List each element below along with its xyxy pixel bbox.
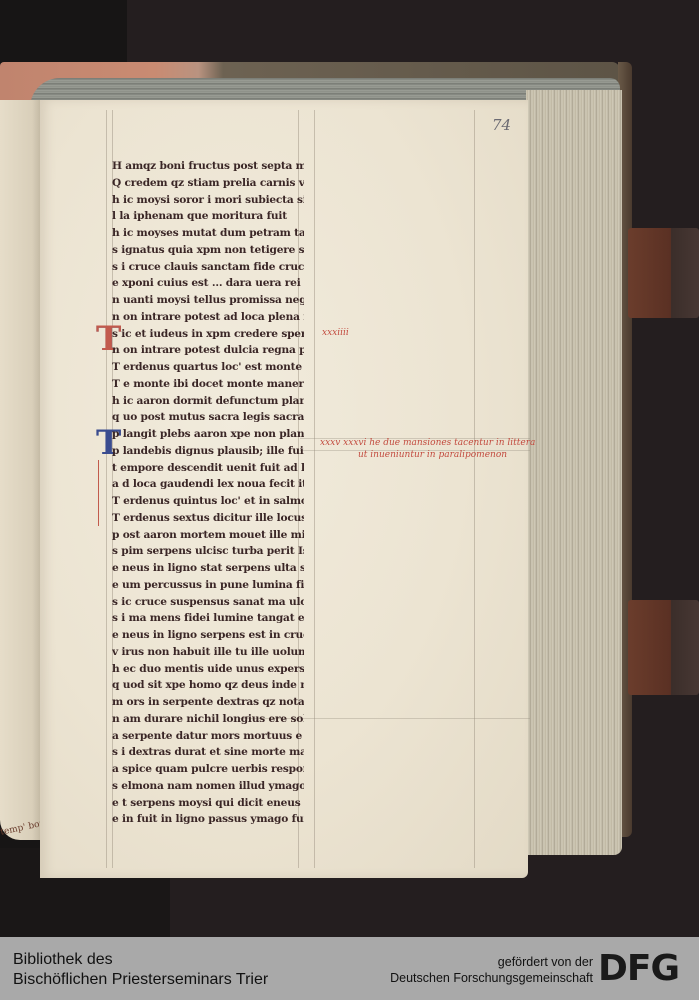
book-clasp-upper [628,228,699,318]
library-name-line-2: Bischöflichen Priesterseminars Trier [13,970,268,990]
text-line: s ic cruce suspensus sanat ma ulcera xpe [112,594,304,611]
text-line: q uod sit xpe homo qz deus inde nota [112,677,304,694]
library-footer-banner: Bibliothek des Bischöflichen Priestersem… [0,937,699,1000]
manuscript-page: 74 T T H amqz boni fructus post septa mi… [40,100,528,878]
text-line: q uo post mutus sacra legis sacra perire… [112,409,304,426]
text-line: n on intrare potest dulcia regna po li [112,342,304,359]
page-stack-fore-edge [526,90,622,855]
text-line: e neus in ligno stat serpens ulta sanat [112,560,304,577]
text-line: p langit plebs aaron xpe non plangit ill… [112,426,304,443]
text-line: T erdenus quartus loc' est monte esse in… [112,359,304,376]
text-line: h ic moysi soror i mori subiecta signat [112,192,304,209]
text-line: H amqz boni fructus post septa mira sequ… [112,158,304,175]
text-line: s ic et iudeus in xpm credere spernens [112,326,304,343]
text-line: n on intrare potest ad loca plena fauis [112,309,304,326]
marginal-rubric: xxxiiii [322,328,349,338]
text-line: n uanti moysi tellus promissa negat [112,292,304,309]
pen-flourish-decoration [98,460,107,526]
text-line: s ignatus quia xpm non tetigere sic de [112,242,304,259]
text-line: l la iphenam que moritura fuit [112,208,304,225]
text-line: s i dextras durat et sine morte manet [112,744,304,761]
text-line: e neus in ligno serpens est in cruce xpe [112,627,304,644]
text-line: t empore descendit uenit fuit ad loca fl… [112,460,304,477]
text-line: s i cruce clauis sanctam fide cruce em [112,259,304,276]
funding-line-1: gefördert von der [390,954,593,970]
text-line: p landebis dignus plausib; ille fuit [112,443,304,460]
ruling-line [314,110,315,868]
text-line: a d loca gaudendi lex noua fecit iter [112,476,304,493]
text-line: h ic aaron dormit defunctum plangit hebr… [112,393,304,410]
library-name: Bibliothek des Bischöflichen Priestersem… [13,950,268,990]
text-line: h ec duo mentis uide unus expers et ens [112,661,304,678]
text-line: e xponi cuius est ... dara uera rei [112,275,304,292]
text-line: T erdenus quintus loc' et in salmona sin… [112,493,304,510]
funding-line-2: Deutschen Forschungsgemeinschaft [390,970,593,986]
text-line: p ost aaron mortem mouet ille mira ma [112,527,304,544]
text-line: n am durare nichil longius ere solet [112,711,304,728]
main-text-column: H amqz boni fructus post septa mira sequ… [112,158,304,828]
book-clasp-lower [628,600,699,695]
ruling-line [474,110,475,868]
text-line: v irus non habuit ille tu ille uolum [112,644,304,661]
text-line: s pim serpens ulcisc turba perit Isa [112,543,304,560]
text-line: a serpente datur mors mortuus e hic xpe [112,728,304,745]
library-name-line-1: Bibliothek des [13,950,268,970]
text-line: a spice quam pulcre uerbis respondeat is… [112,761,304,778]
funding-credit: gefördert von der Deutschen Forschungsge… [390,954,593,986]
text-line: h ic moyses mutat dum petram tangit hebr… [112,225,304,242]
text-line: e in fuit in ligno passus ymago fuit [112,811,304,828]
text-line: s elmona nam nomen illud ymago sonat [112,778,304,795]
marginal-rubric: xxxv xxxvi he due mansiones tacentur in … [320,438,535,448]
text-line: s i ma mens fidei lumine tangat eum [112,610,304,627]
text-line: Q credem qz stiam prelia carnis vin [112,175,304,192]
text-line: e t serpens moysi qui dicit eneus eius [112,795,304,812]
text-line: e um percussus in pune lumina fixa tenet [112,577,304,594]
text-line: T erdenus sextus dicitur ille locus [112,510,304,527]
dfg-logo: DFG [598,951,679,987]
text-line: T e monte ibi docet monte manere deo [112,376,304,393]
verso-page-edge [0,100,40,840]
folio-number: 74 [492,116,511,134]
text-line: m ors in serpente dextras qz notatur ute… [112,694,304,711]
marginal-rubric: ut inueniuntur in paralipomenon [358,450,507,460]
